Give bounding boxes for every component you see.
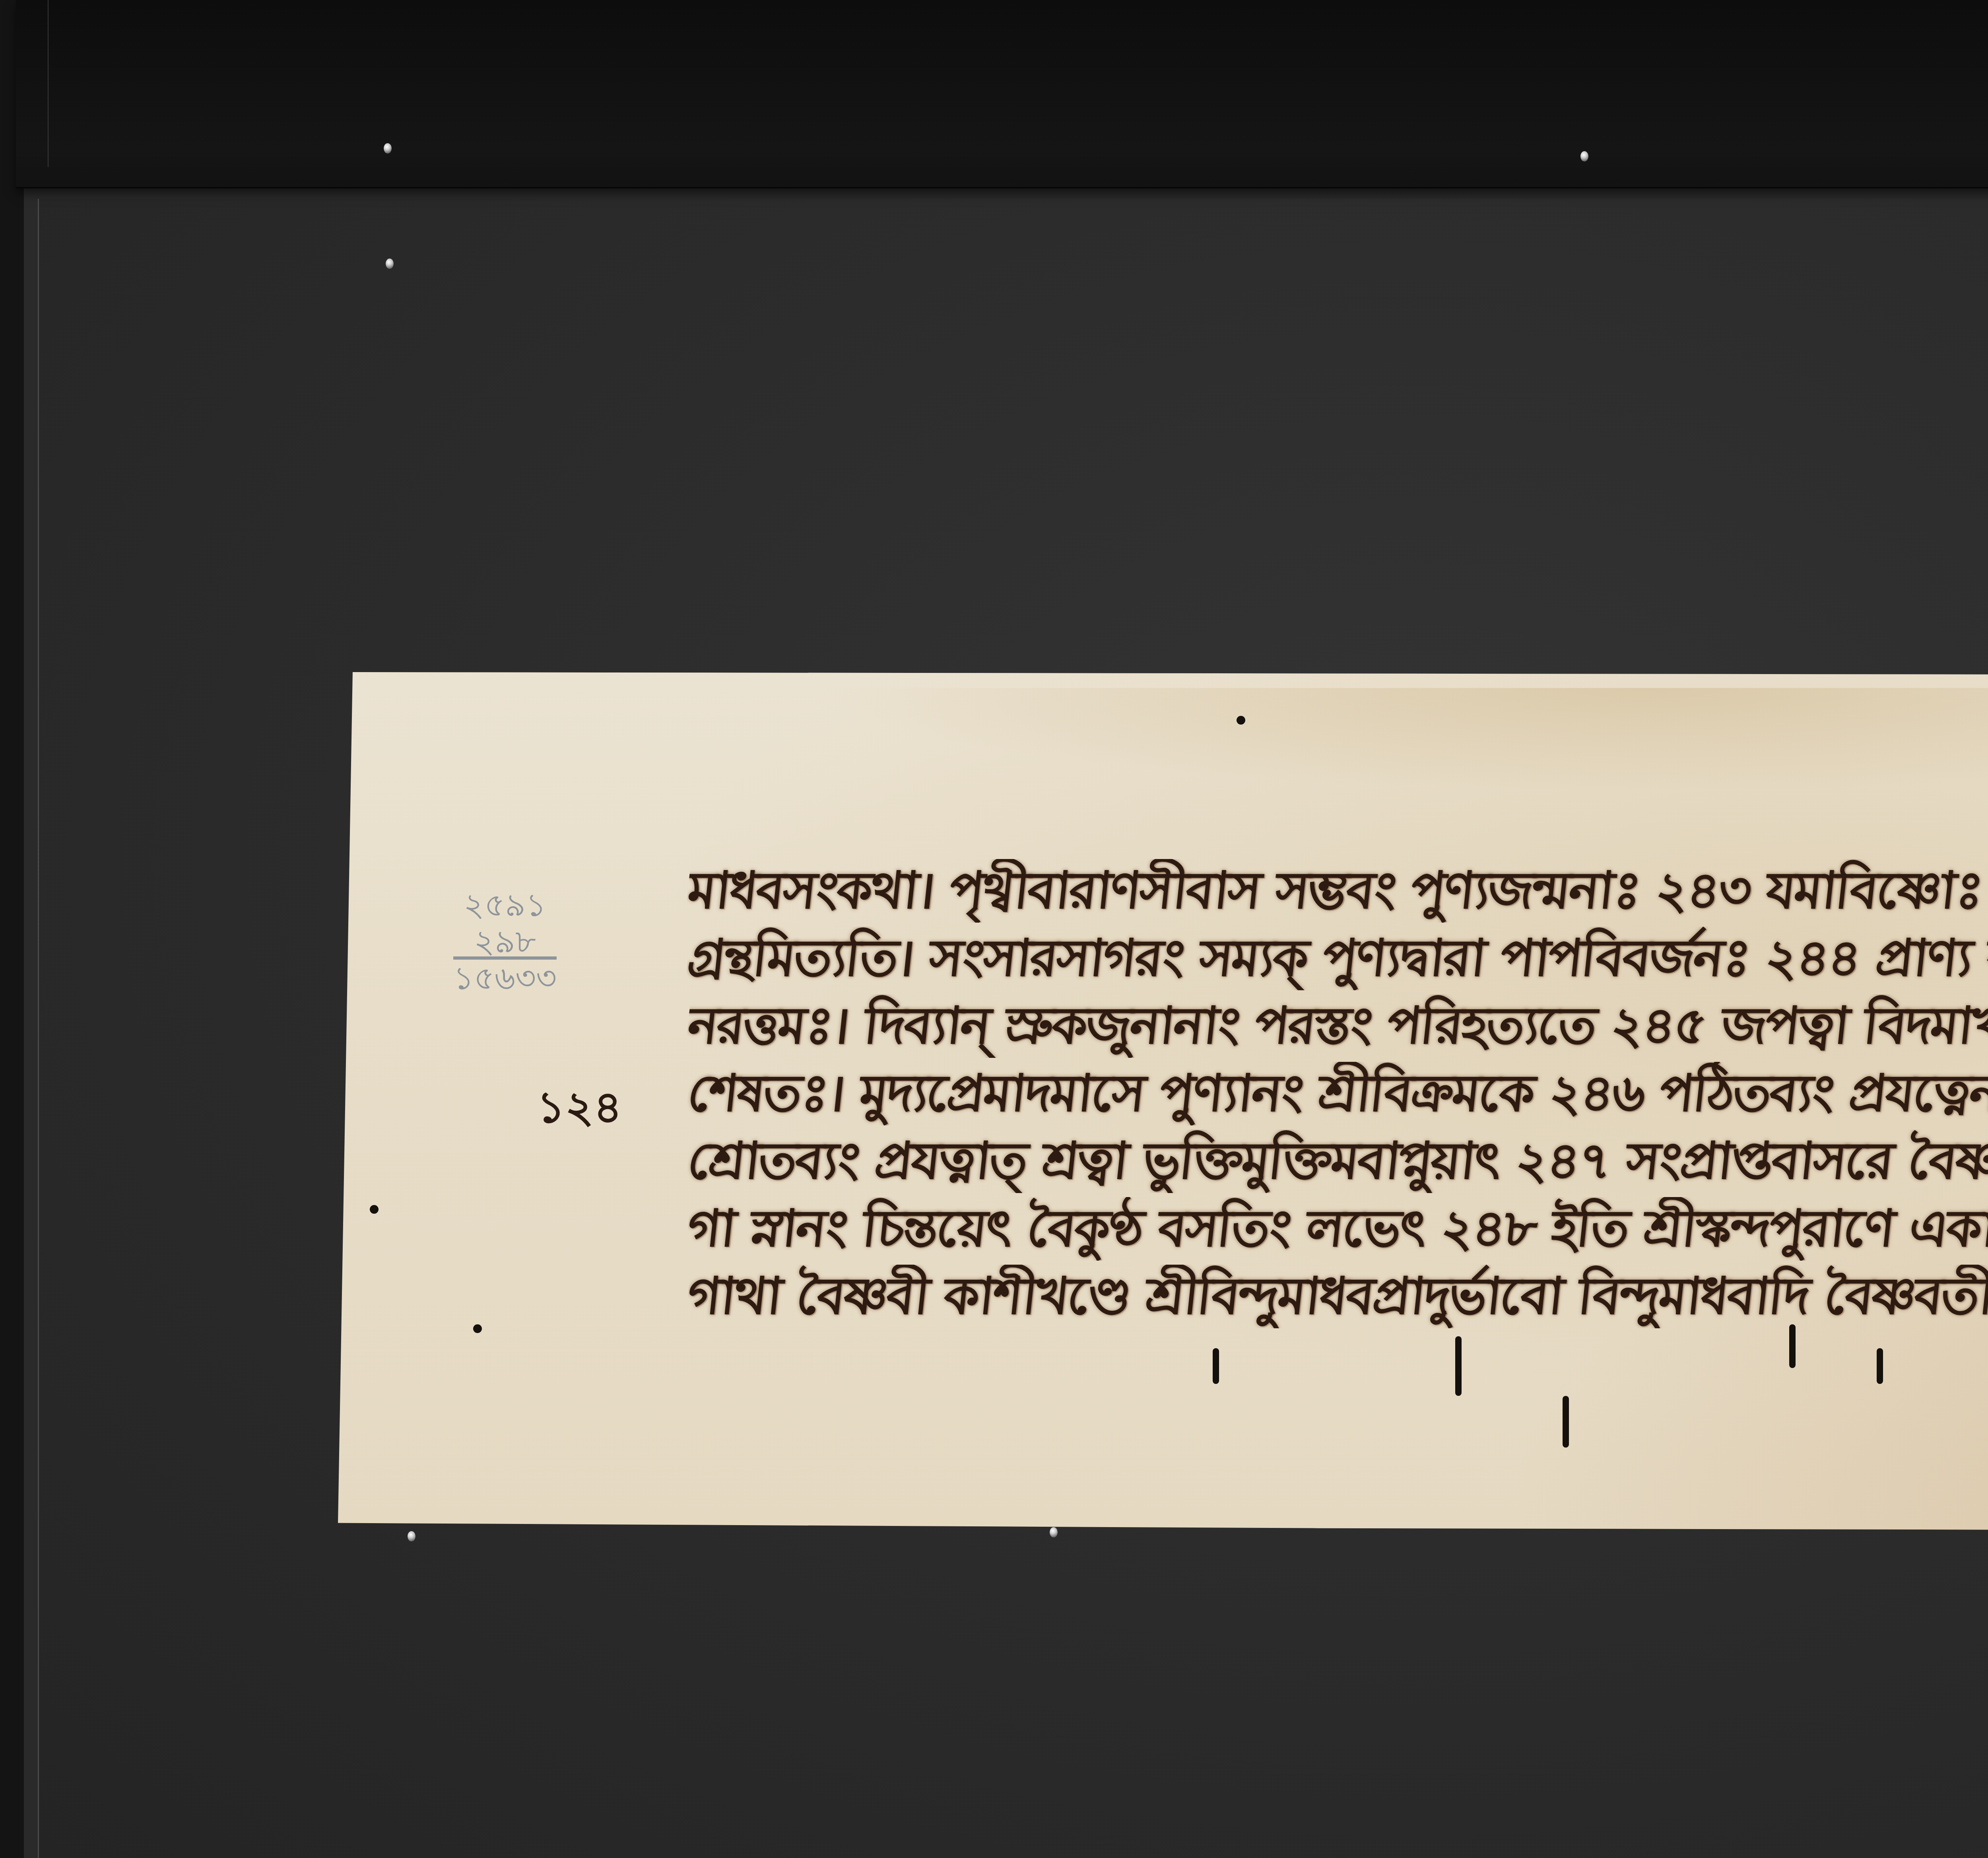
pencil-note-line: ১৫৬৩৩ xyxy=(445,960,565,997)
text-line: শেষতঃ। মুদ্যপ্রেমাদমাসে পুণ্যানং শ্রীবিক… xyxy=(685,1062,1988,1125)
manuscript-text: মাধবসংকথা। পৃথ্বীবারাণসীবাস সম্ভবং পুণ্য… xyxy=(688,859,1988,1328)
text-line: মাধবসংকথা। পৃথ্বীবারাণসীবাস সম্ভবং পুণ্য… xyxy=(685,859,1988,923)
manuscript-leaf: ২৫৯১ ২৯৮ ১৫৬৩৩ ৬১ ৭ ১২৪ মাধবসংকথা। পৃথ্ব… xyxy=(338,672,1988,1535)
black-folder-flap xyxy=(16,0,1988,189)
text-line: গাথা বৈষ্ণবী কাশীখণ্ডে শ্রীবিন্দুমাধবপ্র… xyxy=(685,1265,1988,1328)
pin-icon xyxy=(1050,1527,1058,1537)
ink-drip xyxy=(1455,1336,1462,1396)
pin-icon xyxy=(408,1531,415,1541)
ink-dot xyxy=(1237,716,1245,725)
text-line: গ্রন্থমিত্যতি। সংসারসাগরং সম্যক্‌ পুণ্যদ… xyxy=(685,927,1988,990)
ink-drip xyxy=(1213,1348,1219,1384)
text-line: গা স্নানং চিন্তয়েৎ বৈকুণ্ঠ বসতিং লভেৎ ২… xyxy=(685,1197,1988,1261)
folio-number: ১২৪ xyxy=(537,1074,622,1147)
folder-edge xyxy=(0,0,24,1858)
pin-icon xyxy=(386,258,394,269)
ink-dot xyxy=(370,1205,379,1214)
ink-dot xyxy=(473,1324,482,1333)
ink-drip xyxy=(1563,1396,1569,1448)
pin-icon xyxy=(1580,151,1588,161)
photograph-scene: ২৫৯১ ২৯৮ ১৫৬৩৩ ৬১ ৭ ১২৪ মাধবসংকথা। পৃথ্ব… xyxy=(0,0,1988,1858)
flap-seam xyxy=(48,0,49,167)
ink-drip xyxy=(1789,1324,1796,1368)
paper-stain xyxy=(815,688,1988,791)
pin-icon xyxy=(384,143,392,154)
text-line: নরত্তমঃ। দিব্যান্‌ স্রুকজুনানাং পরস্তং প… xyxy=(685,994,1988,1058)
pencil-note-line: ২৯৮ xyxy=(445,923,565,960)
ink-drip xyxy=(1877,1348,1883,1384)
pencil-note-line: ২৫৯১ xyxy=(445,887,565,923)
text-line: শ্রোতব্যং প্রযত্নাত্‌ শ্রত্বা ভুক্তিমুক্… xyxy=(685,1129,1988,1193)
pencil-catalog-note: ২৫৯১ ২৯৮ ১৫৬৩৩ xyxy=(445,887,565,997)
